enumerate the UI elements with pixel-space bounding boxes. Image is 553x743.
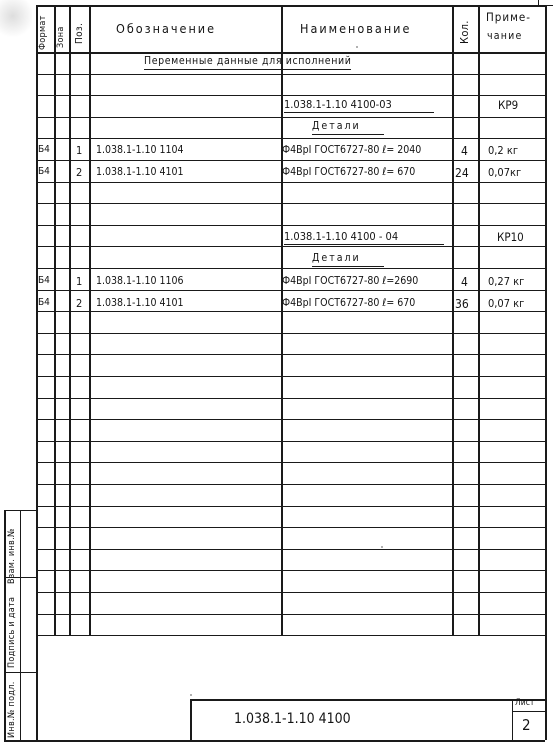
grid-line: [36, 462, 545, 463]
grid-line: [190, 699, 192, 740]
sheet-number: 2: [522, 716, 531, 734]
grid-line: [89, 5, 91, 636]
row-pos: 1: [76, 276, 82, 287]
subsection-details-1: Детали: [312, 121, 384, 135]
grid-line: [36, 527, 545, 528]
grid-line: [36, 592, 545, 593]
grid-line: [478, 5, 480, 636]
row-designation: 1.038.1-1.10 4101: [96, 298, 184, 309]
header-zone: Зона: [56, 26, 66, 48]
section-title: Переменные данные для исполнений: [144, 56, 351, 70]
grid-line: [36, 182, 545, 183]
grid-line: [36, 268, 545, 269]
row-pos: 2: [76, 298, 82, 309]
grid-line: [512, 711, 545, 712]
sheet-label: Лист: [515, 699, 534, 708]
row-pos: 2: [76, 167, 82, 178]
row-designation: 1.038.1-1.10 1106: [96, 276, 184, 287]
row-qty: 4: [461, 145, 468, 157]
header-note-line1: Приме-: [486, 12, 531, 24]
row-designation: 1.038.1-1.10 4101: [96, 167, 184, 178]
grid-line: [4, 740, 545, 742]
specification-page: Формат Зона Поз. Обозначение Наименовани…: [0, 0, 553, 743]
header-pos: Поз.: [74, 23, 85, 44]
grid-line: [452, 5, 454, 636]
scan-speck: [190, 694, 192, 696]
grid-line: [36, 117, 545, 118]
header-note-line2: чание: [487, 31, 523, 42]
grid-line: [4, 510, 6, 740]
variant-code-1: 1.038.1-1.10 4100-03: [284, 99, 434, 113]
grid-line: [281, 5, 283, 636]
grid-line: [190, 699, 545, 701]
row-format: Б4: [38, 145, 50, 155]
row-format: Б4: [38, 167, 50, 177]
grid-line: [36, 614, 545, 615]
variant-note-1: КР9: [498, 100, 518, 112]
grid-line: [54, 5, 56, 636]
stamp-signature-date: Подпись и дата: [7, 597, 17, 668]
grid-line: [36, 74, 545, 75]
grid-line: [545, 5, 547, 740]
grid-line: [36, 549, 545, 550]
grid-line: [36, 52, 545, 54]
row-name: Ф4ВрI ГОСТ6727-80 ℓ=2690: [282, 276, 418, 287]
grid-line: [36, 203, 545, 204]
document-code: 1.038.1-1.10 4100: [234, 712, 351, 726]
grid-line: [36, 484, 545, 485]
grid-line: [36, 5, 545, 7]
grid-line: [36, 398, 545, 399]
grid-line: [36, 506, 545, 507]
grid-line: [36, 246, 545, 247]
grid-line: [36, 635, 545, 636]
grid-line: [36, 419, 545, 420]
grid-line: [36, 354, 545, 355]
stamp-original-inv: Инв.№ подл.: [7, 681, 17, 738]
row-name: Ф4ВрI ГОСТ6727-80 ℓ= 2040: [282, 145, 421, 156]
row-note: 0,07кг: [488, 167, 521, 178]
row-format: Б4: [38, 276, 50, 286]
scan-speck: [356, 46, 358, 48]
header-format: Формат: [38, 15, 48, 50]
subsection-details-2: Детали: [312, 253, 384, 267]
grid-line: [36, 376, 545, 377]
grid-line: [36, 290, 545, 291]
scan-speck: [381, 546, 383, 548]
grid-line: [4, 672, 36, 673]
row-name: Ф4ВрI ГОСТ6727-80 ℓ= 670: [282, 298, 415, 309]
header-name: Наименование: [300, 23, 411, 36]
row-note: 0,27 кг: [488, 276, 524, 287]
row-pos: 1: [76, 145, 82, 156]
header-designation: Обозначение: [116, 23, 216, 36]
row-qty: 24: [455, 167, 469, 179]
grid-line: [69, 5, 71, 636]
grid-line: [36, 138, 545, 139]
grid-line: [4, 510, 36, 511]
grid-line: [36, 311, 545, 312]
grid-line: [36, 160, 545, 161]
grid-line: [36, 570, 545, 571]
stamp-replaced-inv: Взам. инв.№: [7, 528, 17, 584]
grid-line: [36, 333, 545, 334]
row-format: Б4: [38, 298, 50, 308]
grid-line: [36, 5, 38, 740]
grid-line: [36, 441, 545, 442]
row-qty: 4: [461, 276, 468, 288]
row-name: Ф4ВрI ГОСТ6727-80 ℓ= 670: [282, 167, 415, 178]
variant-note-2: КР10: [497, 232, 524, 244]
row-note: 0,2 кг: [488, 145, 518, 156]
variant-code-2: 1.038.1-1.10 4100 - 04: [284, 231, 444, 245]
row-qty: 36: [455, 298, 469, 310]
grid-line: [36, 95, 545, 96]
header-qty: Кол.: [458, 20, 471, 44]
scan-noise: [0, 0, 32, 40]
grid-line: [20, 510, 21, 740]
row-note: 0,07 кг: [488, 298, 524, 309]
grid-line: [512, 699, 513, 740]
grid-line: [36, 225, 545, 226]
row-designation: 1.038.1-1.10 1104: [96, 145, 184, 156]
